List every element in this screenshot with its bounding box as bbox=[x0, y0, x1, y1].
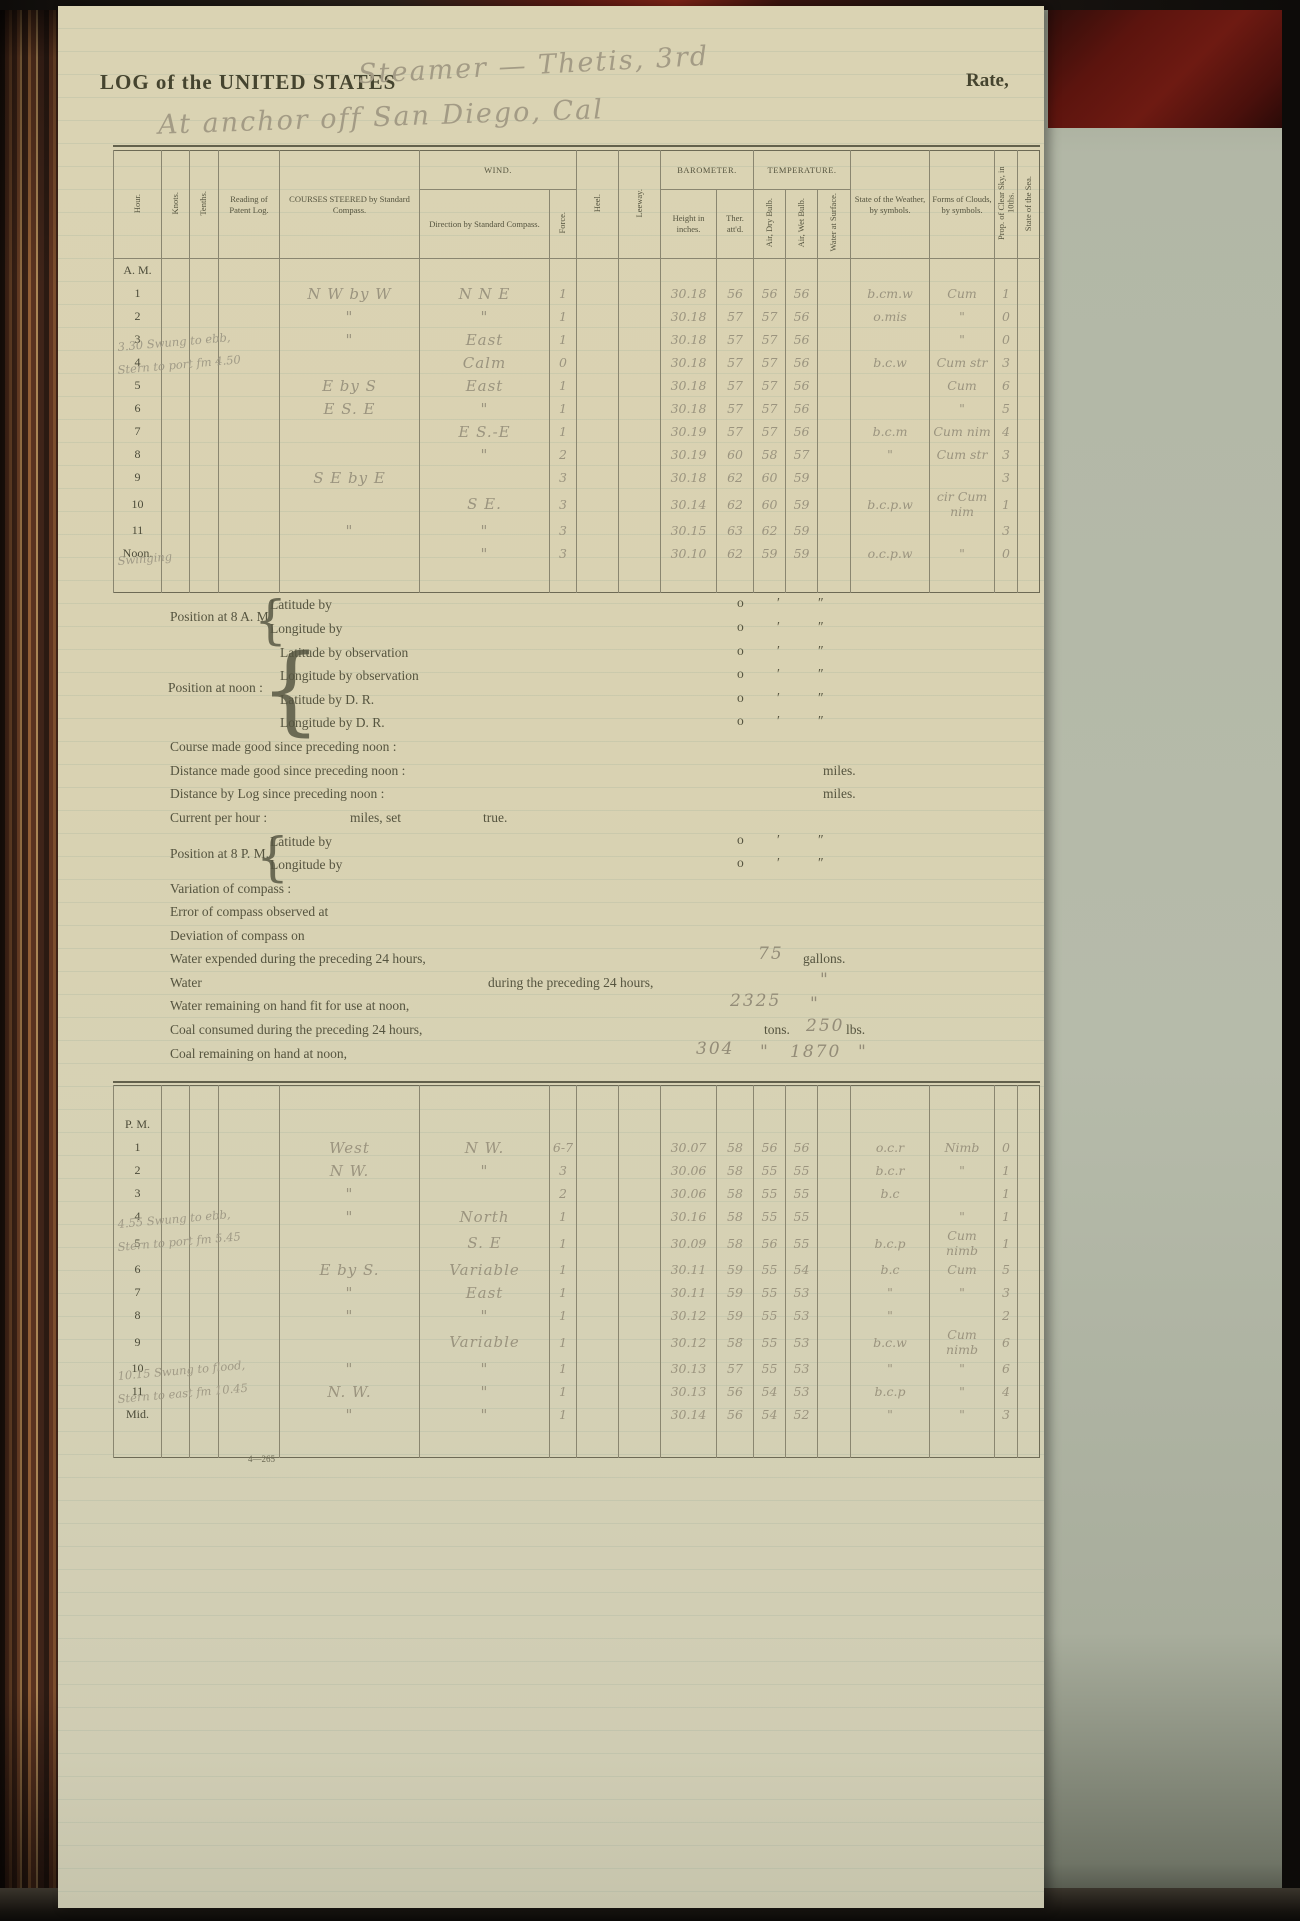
cell-water-temp bbox=[818, 1403, 851, 1426]
water-remaining-value: 2325 bbox=[730, 991, 781, 1011]
cell-cloud-forms bbox=[930, 259, 995, 283]
cell-barometer-height: 30.09 bbox=[661, 1228, 717, 1258]
miles-label: miles. bbox=[823, 763, 856, 779]
cell-heel bbox=[577, 1403, 619, 1426]
cell-barometer-height: 30.11 bbox=[661, 1281, 717, 1304]
cell-air-dry: 54 bbox=[754, 1403, 786, 1426]
cell-course bbox=[280, 1113, 420, 1136]
cell-wind-force: 1 bbox=[550, 1327, 577, 1357]
cell-clear-sky: 4 bbox=[995, 420, 1018, 443]
cell-wind-direction: East bbox=[420, 1281, 550, 1304]
cell-sea-state bbox=[1018, 1205, 1040, 1228]
cell-weather-symbols bbox=[851, 1113, 930, 1136]
cell-weather-symbols: o.c.p.w bbox=[851, 542, 930, 565]
pm-log-table: P. M. bbox=[113, 1085, 1040, 1458]
cell-clear-sky: 6 bbox=[995, 374, 1018, 397]
dms-marks: o bbox=[737, 595, 744, 611]
cell-cloud-forms: " bbox=[930, 542, 995, 565]
cell-water-temp bbox=[818, 466, 851, 489]
cell-air-wet: 55 bbox=[786, 1228, 818, 1258]
cell-barometer-height: 30.10 bbox=[661, 542, 717, 565]
lat-dr: Latitude by D. R. bbox=[280, 692, 374, 714]
cell-ther-attached: 58 bbox=[717, 1228, 754, 1258]
col-header-sea: State of the Sea. bbox=[1018, 151, 1040, 259]
cell-patent-log bbox=[219, 1113, 280, 1136]
cell-course bbox=[280, 259, 420, 283]
cell-tenths bbox=[190, 1403, 219, 1426]
group-header-barometer: BAROMETER. bbox=[661, 151, 754, 190]
cell-wind-force: 1 bbox=[550, 282, 577, 305]
cell-barometer-height: 30.19 bbox=[661, 420, 717, 443]
cell-tenths bbox=[190, 489, 219, 519]
log-row: 8 " 2 30.19 60 58 57 " bbox=[114, 443, 1040, 466]
dms-marks: ′ bbox=[777, 713, 780, 729]
cell-heel bbox=[577, 351, 619, 374]
cell-hour: 9 bbox=[114, 466, 162, 489]
dms-marks: ″ bbox=[818, 690, 824, 706]
col-header-courses: COURSES STEERED by Standard Compass. bbox=[280, 151, 420, 259]
cell-hour: 3 bbox=[114, 1182, 162, 1205]
cell-leeway bbox=[619, 1380, 661, 1403]
cell-air-wet: 56 bbox=[786, 351, 818, 374]
cell-knots bbox=[162, 466, 190, 489]
cell-hour: 8 bbox=[114, 1304, 162, 1327]
cell-knots bbox=[162, 397, 190, 420]
cell-water-temp bbox=[818, 1357, 851, 1380]
cell-leeway bbox=[619, 1205, 661, 1228]
cell-wind-direction: " bbox=[420, 519, 550, 542]
coal-ditto-2: " bbox=[858, 1042, 868, 1062]
cell-wind-force bbox=[550, 1113, 577, 1136]
cell-weather-symbols bbox=[851, 259, 930, 283]
cell-wind-direction: N N E bbox=[420, 282, 550, 305]
pm-rows: P. M. bbox=[114, 1113, 1040, 1426]
log-row: 2 " " 1 30.18 57 57 56 o.m bbox=[114, 305, 1040, 328]
cell-heel bbox=[577, 305, 619, 328]
cell-leeway bbox=[619, 374, 661, 397]
cell-ther-attached: 57 bbox=[717, 420, 754, 443]
cell-ther-attached: 58 bbox=[717, 1327, 754, 1357]
cell-patent-log bbox=[219, 259, 280, 283]
cell-air-dry: 55 bbox=[754, 1327, 786, 1357]
cell-tenths bbox=[190, 282, 219, 305]
cell-wind-direction: North bbox=[420, 1205, 550, 1228]
cell-tenths bbox=[190, 1258, 219, 1281]
cell-weather-symbols bbox=[851, 397, 930, 420]
cell-ther-attached: 57 bbox=[717, 397, 754, 420]
cell-course: E by S. bbox=[280, 1258, 420, 1281]
cell-clear-sky: 0 bbox=[995, 305, 1018, 328]
cell-air-wet: 53 bbox=[786, 1327, 818, 1357]
cell-air-dry: 57 bbox=[754, 305, 786, 328]
cell-weather-symbols: o.c.r bbox=[851, 1136, 930, 1159]
cell-water-temp bbox=[818, 1258, 851, 1281]
cell-wind-force: 3 bbox=[550, 466, 577, 489]
coal-remaining-lbs: 1870 bbox=[790, 1042, 841, 1062]
cell-patent-log bbox=[219, 1304, 280, 1327]
cell-patent-log bbox=[219, 374, 280, 397]
cell-heel bbox=[577, 374, 619, 397]
cell-weather-symbols: b.c.p.w bbox=[851, 489, 930, 519]
cell-wind-direction: " bbox=[420, 397, 550, 420]
cell-barometer-height: 30.07 bbox=[661, 1136, 717, 1159]
cell-wind-direction: " bbox=[420, 443, 550, 466]
cell-course: " bbox=[280, 519, 420, 542]
cell-barometer-height bbox=[661, 1113, 717, 1136]
position-noon-label: Position at noon : bbox=[168, 680, 263, 696]
cell-leeway bbox=[619, 443, 661, 466]
cell-tenths bbox=[190, 374, 219, 397]
cell-wind-direction bbox=[420, 466, 550, 489]
cell-air-wet: 57 bbox=[786, 443, 818, 466]
cell-patent-log bbox=[219, 1182, 280, 1205]
cell-leeway bbox=[619, 282, 661, 305]
cell-sea-state bbox=[1018, 1304, 1040, 1327]
cell-wind-force: 1 bbox=[550, 397, 577, 420]
cell-knots bbox=[162, 1159, 190, 1182]
cell-barometer-height bbox=[661, 259, 717, 283]
cell-wind-force: 1 bbox=[550, 1205, 577, 1228]
scan-background bbox=[1040, 0, 1300, 1921]
cell-cloud-forms: " bbox=[930, 397, 995, 420]
cell-cloud-forms: Cum nim bbox=[930, 420, 995, 443]
cell-wind-force: 1 bbox=[550, 1380, 577, 1403]
cell-water-temp bbox=[818, 519, 851, 542]
cell-cloud-forms: " bbox=[930, 1159, 995, 1182]
coal-consumed: Coal consumed during the preceding 24 ho… bbox=[170, 1022, 422, 1044]
cell-tenths bbox=[190, 1304, 219, 1327]
cell-tenths bbox=[190, 466, 219, 489]
cell-patent-log bbox=[219, 1136, 280, 1159]
cell-barometer-height: 30.11 bbox=[661, 1258, 717, 1281]
cell-ther-attached: 59 bbox=[717, 1304, 754, 1327]
cell-wind-direction: East bbox=[420, 328, 550, 351]
log-row: 10 S E. 3 30.14 62 60 59 bbox=[114, 489, 1040, 519]
cell-heel bbox=[577, 1182, 619, 1205]
cell-clear-sky bbox=[995, 259, 1018, 283]
cell-course: N W. bbox=[280, 1159, 420, 1182]
cell-knots bbox=[162, 489, 190, 519]
cell-wind-force: 1 bbox=[550, 1258, 577, 1281]
dms-marks: ′ bbox=[777, 666, 780, 682]
cell-weather-symbols: b.c.r bbox=[851, 1159, 930, 1182]
cell-patent-log bbox=[219, 519, 280, 542]
col-header-patent-log: Reading of Patent Log. bbox=[219, 151, 280, 259]
cell-water-temp bbox=[818, 305, 851, 328]
cell-course: " bbox=[280, 1182, 420, 1205]
cell-barometer-height: 30.06 bbox=[661, 1159, 717, 1182]
course-made-good: Course made good since preceding noon : bbox=[170, 739, 396, 761]
dms-marks: o bbox=[737, 855, 744, 871]
cell-leeway bbox=[619, 1327, 661, 1357]
cell-cloud-forms: " bbox=[930, 1205, 995, 1228]
dms-marks: ′ bbox=[777, 855, 780, 871]
cell-cloud-forms: Cum bbox=[930, 374, 995, 397]
cell-sea-state bbox=[1018, 397, 1040, 420]
cell-sea-state bbox=[1018, 259, 1040, 283]
cell-water-temp bbox=[818, 374, 851, 397]
cell-weather-symbols bbox=[851, 519, 930, 542]
cell-sea-state bbox=[1018, 1159, 1040, 1182]
cell-hour: A. M. bbox=[114, 259, 162, 283]
cell-air-wet bbox=[786, 259, 818, 283]
cell-water-temp bbox=[818, 1136, 851, 1159]
cell-wind-direction: S E. bbox=[420, 489, 550, 519]
current-per-hour: Current per hour : bbox=[170, 810, 267, 832]
dms-marks: ″ bbox=[818, 595, 824, 611]
cell-wind-direction: " bbox=[420, 1159, 550, 1182]
cell-heel bbox=[577, 259, 619, 283]
cell-air-dry: 57 bbox=[754, 397, 786, 420]
cell-air-dry: 55 bbox=[754, 1159, 786, 1182]
cell-clear-sky: 3 bbox=[995, 466, 1018, 489]
cell-wind-direction: E S.-E bbox=[420, 420, 550, 443]
log-row: 3 " 2 30.06 58 55 55 b.c bbox=[114, 1182, 1040, 1205]
cell-wind-direction: " bbox=[420, 1380, 550, 1403]
cell-leeway bbox=[619, 1304, 661, 1327]
cell-heel bbox=[577, 1380, 619, 1403]
cell-air-dry: 55 bbox=[754, 1258, 786, 1281]
table-top-spacer bbox=[114, 1086, 1040, 1114]
cell-ther-attached: 58 bbox=[717, 1136, 754, 1159]
cell-patent-log bbox=[219, 305, 280, 328]
cell-weather-symbols: " bbox=[851, 1281, 930, 1304]
log-row: 44.55 Swung to ebb, " North 1 30.16 58 5… bbox=[114, 1205, 1040, 1228]
cell-barometer-height: 30.18 bbox=[661, 397, 717, 420]
cell-leeway bbox=[619, 1136, 661, 1159]
cell-air-wet: 53 bbox=[786, 1281, 818, 1304]
water-remaining: Water remaining on hand fit for use at n… bbox=[170, 998, 409, 1020]
cell-weather-symbols: b.c.p bbox=[851, 1380, 930, 1403]
col-header-ther: Ther. att'd. bbox=[717, 190, 754, 259]
cell-cloud-forms bbox=[930, 1304, 995, 1327]
cell-wind-force: 1 bbox=[550, 305, 577, 328]
cell-wind-direction: S. E bbox=[420, 1228, 550, 1258]
cell-barometer-height: 30.16 bbox=[661, 1205, 717, 1228]
cell-knots bbox=[162, 1403, 190, 1426]
logbook-scan: LOG of the UNITED STATES Steamer — Theti… bbox=[0, 0, 1300, 1921]
log-row: 1 N W by W N N E 1 30.18 56 56 56 bbox=[114, 282, 1040, 305]
cell-ther-attached: 57 bbox=[717, 305, 754, 328]
cell-wind-force: 1 bbox=[550, 1304, 577, 1327]
cell-weather-symbols: " bbox=[851, 443, 930, 466]
col-header-clouds: Forms of Clouds, by symbols. bbox=[930, 151, 995, 259]
cell-wind-force: 1 bbox=[550, 1357, 577, 1380]
water-blank-line: Water bbox=[170, 975, 202, 997]
log-row: 1 West N W. 6-7 30.07 58 56 56 bbox=[114, 1136, 1040, 1159]
cell-tenths bbox=[190, 519, 219, 542]
cell-water-temp bbox=[818, 1228, 851, 1258]
cell-barometer-height: 30.18 bbox=[661, 305, 717, 328]
cell-wind-force: 3 bbox=[550, 1159, 577, 1182]
cell-hour: P. M. bbox=[114, 1113, 162, 1136]
log-row: 9 S E by E 3 30.18 62 60 59 bbox=[114, 466, 1040, 489]
deviation-of-compass: Deviation of compass on bbox=[170, 928, 305, 950]
cell-leeway bbox=[619, 351, 661, 374]
variation-of-compass: Variation of compass : bbox=[170, 881, 291, 903]
cell-air-dry: 57 bbox=[754, 374, 786, 397]
cell-clear-sky: 1 bbox=[995, 282, 1018, 305]
log-row: Noon.Swinging " 3 30.10 62 59 59 bbox=[114, 542, 1040, 565]
cell-weather-symbols: o.mis bbox=[851, 305, 930, 328]
cell-air-dry: 60 bbox=[754, 466, 786, 489]
cell-sea-state bbox=[1018, 351, 1040, 374]
cell-air-dry: 60 bbox=[754, 489, 786, 519]
cell-clear-sky: 0 bbox=[995, 1136, 1018, 1159]
cell-sea-state bbox=[1018, 1327, 1040, 1357]
cell-wind-direction bbox=[420, 1182, 550, 1205]
cell-wind-force: 1 bbox=[550, 374, 577, 397]
cell-hour: 6 bbox=[114, 397, 162, 420]
cell-clear-sky: 0 bbox=[995, 328, 1018, 351]
cell-leeway bbox=[619, 1281, 661, 1304]
coal-remaining: Coal remaining on hand at noon, bbox=[170, 1046, 347, 1068]
cell-wind-direction: " bbox=[420, 1357, 550, 1380]
cell-heel bbox=[577, 1136, 619, 1159]
cell-course: " bbox=[280, 1403, 420, 1426]
cell-hour: Noon.Swinging bbox=[114, 542, 162, 565]
cell-tenths bbox=[190, 443, 219, 466]
cell-leeway bbox=[619, 489, 661, 519]
cell-course: " bbox=[280, 1205, 420, 1228]
cell-air-dry bbox=[754, 1113, 786, 1136]
cell-barometer-height: 30.13 bbox=[661, 1380, 717, 1403]
cell-weather-symbols bbox=[851, 374, 930, 397]
cell-course: S E by E bbox=[280, 466, 420, 489]
cell-clear-sky: 3 bbox=[995, 1403, 1018, 1426]
cell-air-wet: 55 bbox=[786, 1159, 818, 1182]
cell-heel bbox=[577, 1357, 619, 1380]
cell-cloud-forms: Cum bbox=[930, 1258, 995, 1281]
cell-wind-direction: " bbox=[420, 1304, 550, 1327]
cell-heel bbox=[577, 1228, 619, 1258]
cell-sea-state bbox=[1018, 1258, 1040, 1281]
cell-leeway bbox=[619, 1113, 661, 1136]
cell-knots bbox=[162, 374, 190, 397]
cell-heel bbox=[577, 1281, 619, 1304]
cell-knots bbox=[162, 1327, 190, 1357]
cell-sea-state bbox=[1018, 1182, 1040, 1205]
coal-consumed-value: 250 bbox=[806, 1016, 844, 1036]
cell-wind-direction: N W. bbox=[420, 1136, 550, 1159]
log-row: 8 " " 1 30.12 59 55 53 " bbox=[114, 1304, 1040, 1327]
cell-wind-force: 1 bbox=[550, 420, 577, 443]
cell-water-temp bbox=[818, 328, 851, 351]
cell-tenths bbox=[190, 1327, 219, 1357]
cell-clear-sky: 4 bbox=[995, 1380, 1018, 1403]
cell-barometer-height: 30.14 bbox=[661, 1403, 717, 1426]
cell-heel bbox=[577, 1205, 619, 1228]
cell-leeway bbox=[619, 1258, 661, 1281]
cell-air-wet: 56 bbox=[786, 1136, 818, 1159]
cell-ther-attached: 56 bbox=[717, 282, 754, 305]
distance-made-good: Distance made good since preceding noon … bbox=[170, 763, 405, 785]
cell-clear-sky: 0 bbox=[995, 542, 1018, 565]
cell-ther-attached: 58 bbox=[717, 1159, 754, 1182]
cell-sea-state bbox=[1018, 1281, 1040, 1304]
cell-heel bbox=[577, 1327, 619, 1357]
cell-course: " bbox=[280, 1304, 420, 1327]
cell-air-wet: 52 bbox=[786, 1403, 818, 1426]
dms-marks: ′ bbox=[777, 595, 780, 611]
cell-wind-direction: " bbox=[420, 542, 550, 565]
cell-weather-symbols: b.cm.w bbox=[851, 282, 930, 305]
cell-ther-attached: 57 bbox=[717, 374, 754, 397]
cell-air-wet: 53 bbox=[786, 1380, 818, 1403]
cell-clear-sky: 3 bbox=[995, 443, 1018, 466]
cell-course: " bbox=[280, 328, 420, 351]
cell-sea-state bbox=[1018, 1136, 1040, 1159]
cell-heel bbox=[577, 328, 619, 351]
cell-sea-state bbox=[1018, 1228, 1040, 1258]
cell-tenths bbox=[190, 542, 219, 565]
cell-hour: 2 bbox=[114, 1159, 162, 1182]
cell-heel bbox=[577, 1258, 619, 1281]
cell-cloud-forms: " bbox=[930, 1357, 995, 1380]
dms-marks: ″ bbox=[818, 619, 824, 635]
cell-leeway bbox=[619, 1403, 661, 1426]
cell-sea-state bbox=[1018, 1380, 1040, 1403]
cell-air-dry: 55 bbox=[754, 1182, 786, 1205]
cell-leeway bbox=[619, 1182, 661, 1205]
cell-sea-state bbox=[1018, 466, 1040, 489]
cell-heel bbox=[577, 420, 619, 443]
long-obs: Longitude by observation bbox=[280, 668, 419, 690]
cell-wind-force: 1 bbox=[550, 1228, 577, 1258]
cell-water-temp bbox=[818, 1159, 851, 1182]
cell-water-temp bbox=[818, 351, 851, 374]
cell-knots bbox=[162, 420, 190, 443]
cell-air-dry: 59 bbox=[754, 542, 786, 565]
cell-clear-sky: 1 bbox=[995, 1205, 1018, 1228]
log-row: 6 E S. E " 1 30.18 57 57 56 bbox=[114, 397, 1040, 420]
cell-air-wet: 56 bbox=[786, 305, 818, 328]
cell-water-temp bbox=[818, 489, 851, 519]
group-header-wind: WIND. bbox=[420, 151, 577, 190]
cell-cloud-forms: Cum str bbox=[930, 351, 995, 374]
dms-marks: ″ bbox=[818, 855, 824, 871]
cell-air-dry bbox=[754, 259, 786, 283]
cell-wind-force: 3 bbox=[550, 519, 577, 542]
cell-course: N W by W bbox=[280, 282, 420, 305]
cell-air-dry: 56 bbox=[754, 282, 786, 305]
cell-water-temp bbox=[818, 1281, 851, 1304]
cell-air-dry: 56 bbox=[754, 1228, 786, 1258]
cell-course: " bbox=[280, 1281, 420, 1304]
cell-course bbox=[280, 1228, 420, 1258]
log-row: 7 E S.-E 1 30.19 57 57 56 bbox=[114, 420, 1040, 443]
cell-wind-direction: " bbox=[420, 1403, 550, 1426]
cell-patent-log bbox=[219, 1281, 280, 1304]
cell-heel bbox=[577, 1304, 619, 1327]
cell-cloud-forms: Cum bbox=[930, 282, 995, 305]
cell-leeway bbox=[619, 397, 661, 420]
log-row: 33.30 Swung to ebb, " East 1 30.18 57 57… bbox=[114, 328, 1040, 351]
cell-wind-direction: Calm bbox=[420, 351, 550, 374]
position-8pm-label: Position at 8 P. M. bbox=[170, 846, 269, 862]
cell-clear-sky: 6 bbox=[995, 1357, 1018, 1380]
dms-marks: o bbox=[737, 713, 744, 729]
dms-marks: o bbox=[737, 666, 744, 682]
cell-clear-sky: 1 bbox=[995, 489, 1018, 519]
col-header-direction: Direction by Standard Compass. bbox=[420, 190, 550, 259]
cell-patent-log bbox=[219, 397, 280, 420]
log-row: 11 " " 3 30.15 63 62 59 bbox=[114, 519, 1040, 542]
col-header-wet-bulb: Air, Wet Bulb. bbox=[786, 190, 818, 259]
cell-sea-state bbox=[1018, 542, 1040, 565]
log-row: 7 " East 1 30.11 59 55 53 bbox=[114, 1281, 1040, 1304]
cell-ther-attached: 56 bbox=[717, 1380, 754, 1403]
